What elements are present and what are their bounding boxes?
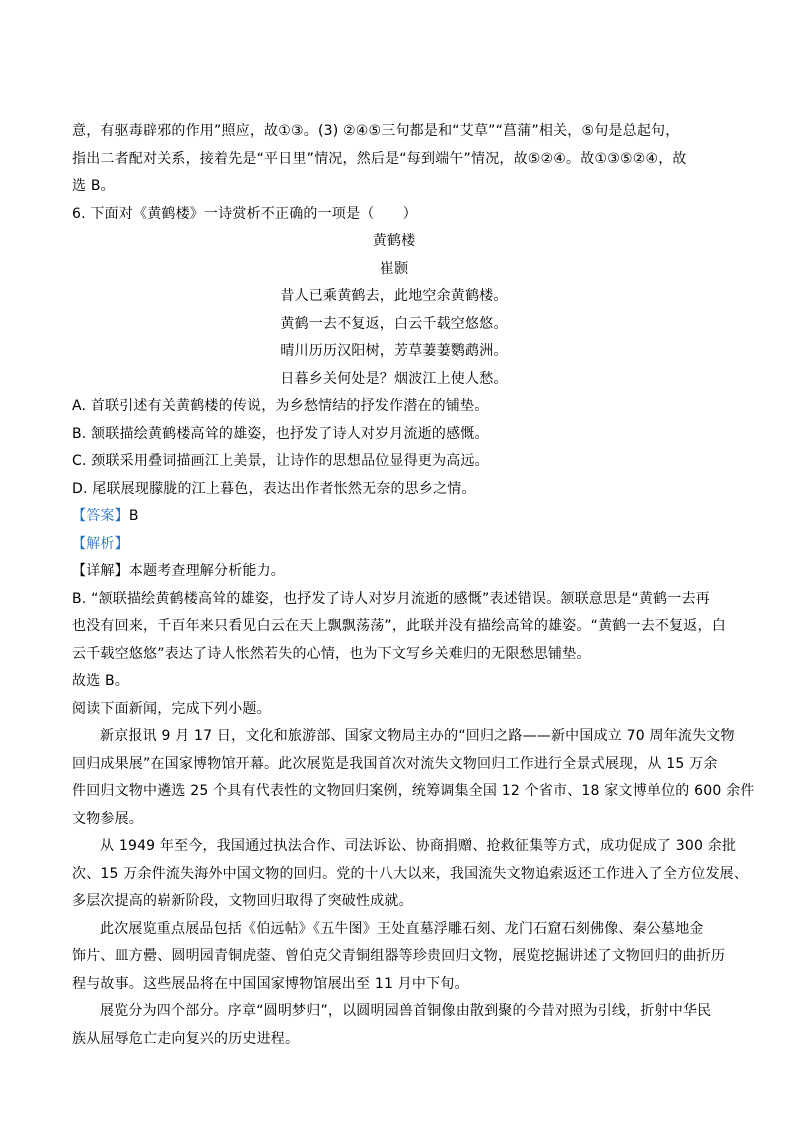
option-d: D. 尾联展现朦胧的江上暮色，表达出作者怅然无奈的思乡之情。: [72, 476, 724, 504]
text-line: 【详解】本题考查理解分析能力。: [72, 558, 724, 586]
text-line: 意，有驱毒辟邪的作用”照应，故①③。(3) ②④⑤三句都是和“艾草”“菖蒲”相关…: [72, 118, 724, 146]
answer-label: 【答案】: [72, 508, 129, 524]
poem-title: 黄鹤楼: [72, 228, 724, 256]
text-line: 族从屈辱危亡走向复兴的历史进程。: [72, 1026, 724, 1054]
prev-analysis: 意，有驱毒辟邪的作用”照应，故①③。(3) ②④⑤三句都是和“艾草”“菖蒲”相关…: [72, 118, 724, 201]
poem-line: 日暮乡关何处是？烟波江上使人愁。: [72, 366, 724, 394]
reading-section: 阅读下面新闻，完成下列小题。 新京报讯 9 月 17 日，文化和旅游部、国家文物…: [72, 696, 724, 1054]
document-page: 意，有驱毒辟邪的作用”照应，故①③。(3) ②④⑤三句都是和“艾草”“菖蒲”相关…: [72, 118, 724, 1053]
news-paragraph-1: 新京报讯 9 月 17 日，文化和旅游部、国家文物局主办的“回归之路——新中国成…: [72, 723, 724, 833]
text-line: 饰片、皿方罍、圆明园青铜虎蓥、曾伯克父青铜组器等珍贵回归文物，展览挖掘讲述了文物…: [72, 943, 724, 971]
analysis-label: 【解析】: [72, 536, 129, 552]
text-line: 新京报讯 9 月 17 日，文化和旅游部、国家文物局主办的“回归之路——新中国成…: [72, 723, 724, 751]
option-b: B. 颔联描绘黄鹤楼高耸的雄姿，也抒发了诗人对岁月流逝的感慨。: [72, 421, 724, 449]
text-line: 云千载空悠悠”表达了诗人怅然若失的心情，也为下文写乡关难归的无限愁思铺垫。: [72, 641, 724, 669]
answer-row: 【答案】B: [72, 503, 724, 531]
news-paragraph-2: 从 1949 年至今，我国通过执法合作、司法诉讼、协商捐赠、抢救征集等方式，成功…: [72, 833, 724, 916]
text-line: 多层次提高的崭新阶段，文物回归取得了突破性成就。: [72, 888, 724, 916]
question-6: 6. 下面对《黄鹤楼》一诗赏析不正确的一项是（ ） 黄鹤楼 崔颢 昔人已乘黄鹤去…: [72, 201, 724, 696]
option-a: A. 首联引述有关黄鹤楼的传说，为乡愁情结的抒发作潜在的铺垫。: [72, 393, 724, 421]
text-line: 故选 B。: [72, 668, 724, 696]
text-line: 文物参展。: [72, 806, 724, 834]
text-line: 展览分为四个部分。序章“圆明梦归”，以圆明园兽首铜像由散到聚的今昔对照为引线，折…: [72, 998, 724, 1026]
text-line: 指出二者配对关系，接着先是“平日里”情况，然后是“每到端午”情况，故⑤②④。故①…: [72, 146, 724, 174]
text-line: 也没有回来，千百年来只看见白云在天上飘飘荡荡”，此联并没有描绘高耸的雄姿。“黄鹤…: [72, 613, 724, 641]
poem-line: 黄鹤一去不复返，白云千载空悠悠。: [72, 311, 724, 339]
option-c: C. 颈联采用叠词描画江上美景，让诗作的思想品位显得更为高远。: [72, 448, 724, 476]
options-list: A. 首联引述有关黄鹤楼的传说，为乡愁情结的抒发作潜在的铺垫。 B. 颔联描绘黄…: [72, 393, 724, 503]
text-line: B. “颔联描绘黄鹤楼高耸的雄姿，也抒发了诗人对岁月流逝的感慨”表述错误。颔联意…: [72, 586, 724, 614]
text-line: 从 1949 年至今，我国通过执法合作、司法诉讼、协商捐赠、抢救征集等方式，成功…: [72, 833, 724, 861]
poem-author: 崔颢: [72, 256, 724, 284]
text-line: 件回归文物中遴选 25 个具有代表性的文物回归案例，统筹调集全国 12 个省市、…: [72, 778, 724, 806]
question-stem: 6. 下面对《黄鹤楼》一诗赏析不正确的一项是（ ）: [72, 201, 724, 229]
news-paragraph-4: 展览分为四个部分。序章“圆明梦归”，以圆明园兽首铜像由散到聚的今昔对照为引线，折…: [72, 998, 724, 1053]
reading-instruction: 阅读下面新闻，完成下列小题。: [72, 696, 724, 724]
text-line: 回归成果展”在国家博物馆开幕。此次展览是我国首次对流失文物回归工作进行全景式展现…: [72, 751, 724, 779]
text-line: 程与故事。这些展品将在中国国家博物馆展出至 11 月中下旬。: [72, 971, 724, 999]
answer-value: B: [129, 508, 139, 524]
text-line: 此次展览重点展品包括《伯远帖》《五牛图》王处直墓浮雕石刻、龙门石窟石刻佛像、秦公…: [72, 916, 724, 944]
poem-line: 晴川历历汉阳树，芳草萋萋鹦鹉洲。: [72, 338, 724, 366]
news-paragraph-3: 此次展览重点展品包括《伯远帖》《五牛图》王处直墓浮雕石刻、龙门石窟石刻佛像、秦公…: [72, 916, 724, 999]
poem-line: 昔人已乘黄鹤去，此地空余黄鹤楼。: [72, 283, 724, 311]
text-line: 选 B。: [72, 173, 724, 201]
analysis-detail: 【详解】本题考查理解分析能力。 B. “颔联描绘黄鹤楼高耸的雄姿，也抒发了诗人对…: [72, 558, 724, 696]
text-line: 次、15 万余件流失海外中国文物的回归。党的十八大以来，我国流失文物追索返还工作…: [72, 861, 724, 889]
poem: 黄鹤楼 崔颢 昔人已乘黄鹤去，此地空余黄鹤楼。 黄鹤一去不复返，白云千载空悠悠。…: [72, 228, 724, 393]
analysis-row: 【解析】: [72, 531, 724, 559]
